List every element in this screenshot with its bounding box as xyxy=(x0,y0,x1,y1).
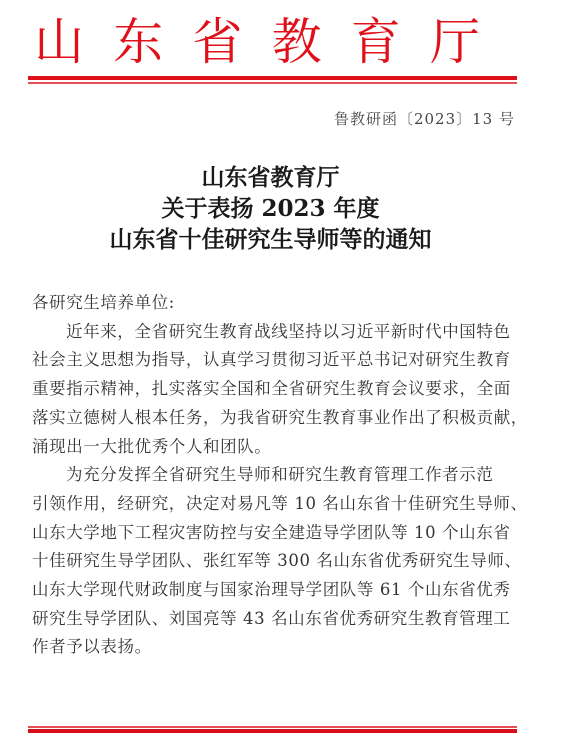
text-line: 社会主义思想为指导，认真学习贯彻习近平总书记对研究生教育 xyxy=(32,346,514,375)
text-line: 引领作用，经研究，决定对易凡等 10 名山东省十佳研究生导师、 xyxy=(32,490,514,519)
document-title: 山东省教育厅 关于表扬 2023 年度 山东省十佳研究生导师等的通知 xyxy=(0,162,541,255)
title-line: 关于表扬 2023 年度 xyxy=(0,193,541,224)
paragraph: 为充分发挥全省研究生导师和研究生教育管理工作者示范 引领作用，经研究，决定对易凡… xyxy=(32,461,514,662)
salutation: 各研究生培养单位: xyxy=(32,289,514,318)
paragraph: 近年来，全省研究生教育战线坚持以习近平新时代中国特色 社会主义思想为指导，认真学… xyxy=(32,318,514,462)
text-line: 山东大学现代财政制度与国家治理导学团队等 61 个山东省优秀 xyxy=(32,576,514,605)
masthead-char: 教 xyxy=(272,14,318,70)
title-line: 山东省十佳研究生导师等的通知 xyxy=(0,224,541,255)
masthead: 山 东 省 教 育 厅 xyxy=(28,12,518,72)
text-line: 落实立德树人根本任务，为我省研究生教育事业作出了积极贡献， xyxy=(32,404,514,433)
footer-rule-thick xyxy=(28,729,517,733)
text-line: 十佳研究生导学团队、张红军等 300 名山东省优秀研究生导师、 xyxy=(32,547,514,576)
header-rule-thick xyxy=(28,76,517,80)
masthead-char: 省 xyxy=(192,14,238,70)
text-line: 为充分发挥全省研究生导师和研究生教育管理工作者示范 xyxy=(32,461,514,490)
title-line: 山东省教育厅 xyxy=(0,162,541,193)
text-line: 研究生导学团队、刘国亮等 43 名山东省优秀研究生教育管理工 xyxy=(32,605,514,634)
masthead-char: 东 xyxy=(113,14,159,70)
masthead-char: 育 xyxy=(351,14,397,70)
document-number: 鲁教研函〔2023〕13 号 xyxy=(334,108,515,129)
text-line: 近年来，全省研究生教育战线坚持以习近平新时代中国特色 xyxy=(32,318,514,347)
text-line: 重要指示精神，扎实落实全国和全省研究生教育会议要求，全面 xyxy=(32,375,514,404)
header-rule-thin xyxy=(28,82,517,84)
masthead-char: 厅 xyxy=(430,14,476,70)
document-body: 各研究生培养单位: 近年来，全省研究生教育战线坚持以习近平新时代中国特色 社会主… xyxy=(32,289,514,662)
text-line: 作者予以表扬。 xyxy=(32,633,514,662)
text-line: 涌现出一大批优秀个人和团队。 xyxy=(32,433,514,462)
text-line: 山东大学地下工程灾害防控与安全建造导学团队等 10 个山东省 xyxy=(32,519,514,548)
masthead-char: 山 xyxy=(34,14,80,70)
footer-rule-thin xyxy=(28,726,517,728)
